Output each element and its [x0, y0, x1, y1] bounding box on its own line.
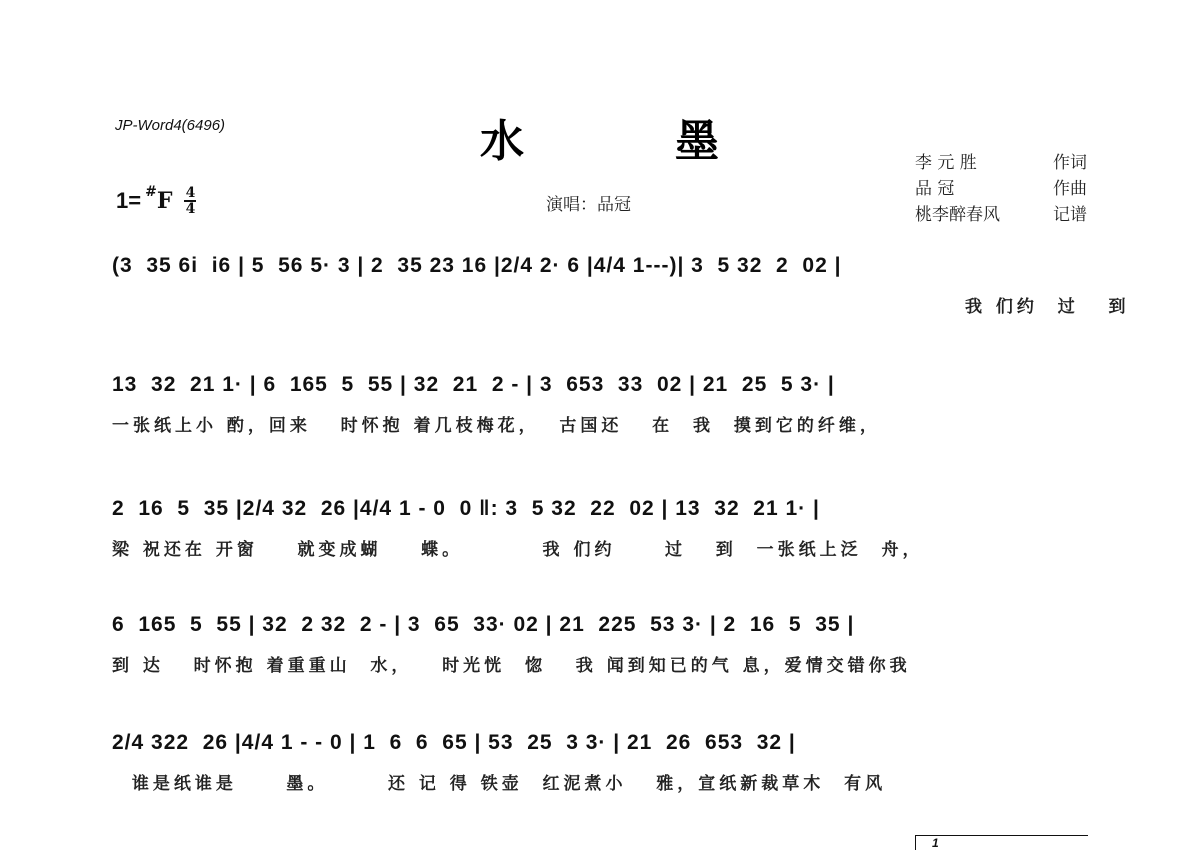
sharp-icon: #: [145, 184, 157, 200]
key-note: F: [157, 188, 173, 214]
notation: 13 32 21 1· | 6 165 5 55 | 32 21 2 - | 3…: [112, 373, 835, 397]
score-line-1: (3 35 6i i6 | 5 56 5· 3 | 2 35 23 16 |2/…: [112, 254, 1092, 284]
notation: 2 16 5 35 |2/4 32 26 |4/4 1 - 0 0 ‖: 3 5…: [112, 497, 820, 521]
singer-credit: 演唱：品冠: [546, 190, 631, 215]
time-sig-top: 4: [186, 187, 196, 199]
notation: 2/4 322 26 |4/4 1 - - 0 | 1 6 6 65 | 53 …: [112, 731, 796, 755]
credit-role: 作词: [1053, 150, 1087, 176]
score-line-4: 6 165 5 55 | 32 2 32 2 - | 3 65 33· 02 |…: [112, 613, 1092, 643]
score-line-5: 2/4 322 26 |4/4 1 - - 0 | 1 6 6 65 | 53 …: [112, 731, 1092, 761]
time-sig-bottom: 4: [186, 203, 196, 215]
credit-name: 品 冠: [915, 176, 954, 202]
notation: (3 35 6i i6 | 5 56 5· 3 | 2 35 23 16 |2/…: [112, 254, 841, 278]
lyrics: 一张纸上小 酌，回来 时怀抱 着几枝梅花， 古国还 在 我 摸到它的纤维，: [112, 411, 881, 436]
lyrics: 谁是纸谁是 墨。 还 记 得 铁壶 红泥煮小 雅，宣纸新裁草木 有风: [112, 769, 886, 794]
credit-transcriber: 桃李醉春风 记谱: [915, 202, 1087, 228]
watermark-label: JP-Word4(6496): [115, 117, 225, 134]
song-title-char-2: 墨: [675, 116, 719, 168]
score-line-2: 13 32 21 1· | 6 165 5 55 | 32 21 2 - | 3…: [112, 373, 1092, 403]
lyrics: 到 达 时怀抱 着重重山 水， 时光恍 惚 我 闻到知已的气 息，爱情交错你我: [112, 651, 911, 676]
page-number-box: [915, 835, 1088, 850]
key-signature: 1= # F 4 4: [116, 187, 199, 215]
lyrics: 梁 祝还在 开窗 就变成蝴 蝶。 我 们约 过 到 一张纸上泛 舟，: [112, 535, 923, 560]
score-line-3: 2 16 5 35 |2/4 32 26 |4/4 1 - 0 0 ‖: 3 5…: [112, 497, 1092, 527]
notation: 6 165 5 55 | 32 2 32 2 - | 3 65 33· 02 |…: [112, 613, 854, 637]
time-signature: 4 4: [184, 187, 196, 215]
credit-lyricist: 李 元 胜 作词: [915, 150, 1087, 176]
credit-name: 李 元 胜: [915, 150, 977, 176]
credits-block: 李 元 胜 作词 品 冠 作曲 桃李醉春风 记谱: [915, 150, 1087, 228]
credit-role: 作曲: [1053, 176, 1087, 202]
credit-role: 记谱: [1053, 202, 1087, 228]
credit-name: 桃李醉春风: [915, 202, 1000, 228]
song-title-char-1: 水: [480, 116, 524, 168]
page-number: 1: [932, 836, 939, 850]
lyrics: 我 们约 过 到: [112, 292, 1130, 317]
key-label: 1=: [116, 188, 141, 214]
credit-composer: 品 冠 作曲: [915, 176, 1087, 202]
